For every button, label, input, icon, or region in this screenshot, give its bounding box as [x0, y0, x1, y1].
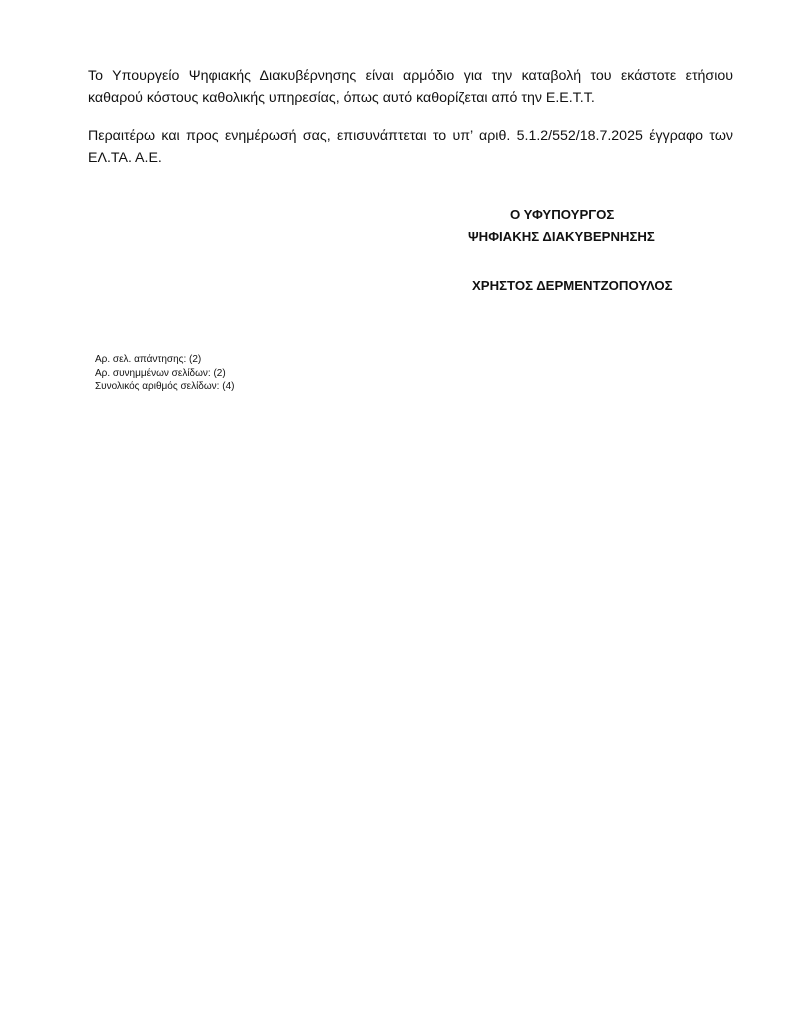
page-count-footnotes: Αρ. σελ. απάντησης: (2) Αρ. συνημμένων σ…	[95, 353, 234, 394]
signature-title: Ο ΥΦΥΠΟΥΡΓΟΣ	[510, 207, 614, 222]
footnote-attached-pages: Αρ. συνημμένων σελίδων: (2)	[95, 367, 234, 381]
paragraph-attachment-notice: Περαιτέρω και προς ενημέρωσή σας, επισυν…	[88, 125, 733, 169]
signature-ministry: ΨΗΦΙΑΚΗΣ ΔΙΑΚΥΒΕΡΝΗΣΗΣ	[468, 229, 655, 244]
document-page: Το Υπουργείο Ψηφιακής Διακυβέρνησης είνα…	[0, 0, 791, 1024]
paragraph-ministry-responsibility: Το Υπουργείο Ψηφιακής Διακυβέρνησης είνα…	[88, 65, 733, 109]
footnote-total-pages: Συνολικός αριθμός σελίδων: (4)	[95, 380, 234, 394]
footnote-reply-pages: Αρ. σελ. απάντησης: (2)	[95, 353, 234, 367]
paragraph-line: ΕΛ.ΤΑ. Α.Ε.	[88, 147, 733, 169]
paragraph-line: Περαιτέρω και προς ενημέρωσή σας, επισυν…	[88, 125, 733, 147]
paragraph-line: καθαρού κόστους καθολικής υπηρεσίας, όπω…	[88, 87, 733, 109]
paragraph-line: Το Υπουργείο Ψηφιακής Διακυβέρνησης είνα…	[88, 65, 733, 87]
signature-name: ΧΡΗΣΤΟΣ ΔΕΡΜΕΝΤΖΟΠΟΥΛΟΣ	[472, 278, 673, 293]
